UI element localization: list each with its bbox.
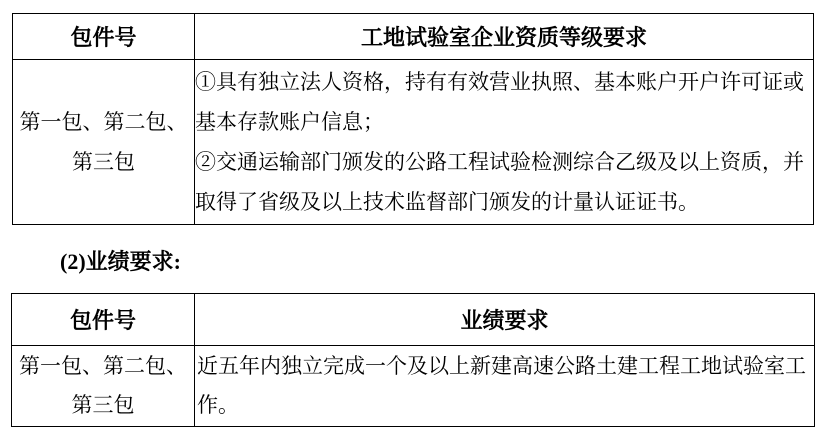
performance-table: 包件号 业绩要求 第一包、第二包、 第三包 近五年内独立完成一个及以上新建高速公…: [11, 293, 815, 427]
performance-table-data-row: 第一包、第二包、 第三包 近五年内独立完成一个及以上新建高速公路土建工程工地试验…: [12, 346, 815, 427]
performance-requirement-cell: 近五年内独立完成一个及以上新建高速公路土建工程工地试验室工 作。: [195, 346, 815, 427]
package-cell: 第一包、第二包、 第三包: [13, 60, 195, 225]
qualification-line-1: ①具有独立法人资格，持有有效营业执照、基本账户开户许可证或: [195, 62, 813, 102]
qualification-line-4: 取得了省级及以上技术监督部门颁发的计量认证证书。: [195, 182, 813, 222]
package-line-1: 第一包、第二包、: [12, 347, 194, 386]
package-cell: 第一包、第二包、 第三包: [12, 346, 195, 427]
qualification-line-3: ②交通运输部门颁发的公路工程试验检测综合乙级及以上资质，并: [195, 142, 813, 182]
qualification-requirement-cell: ①具有独立法人资格，持有有效营业执照、基本账户开户许可证或 基本存款账户信息； …: [195, 60, 814, 225]
package-line-2: 第三包: [13, 142, 194, 182]
qualification-table-header-requirement: 工地试验室企业资质等级要求: [195, 14, 814, 60]
package-line-2: 第三包: [12, 386, 194, 425]
section-label-performance-requirements: (2)业绩要求:: [60, 249, 181, 275]
qualification-table: 包件号 工地试验室企业资质等级要求 第一包、第二包、 第三包 ①具有独立法人资格…: [12, 13, 814, 225]
performance-line-1: 近五年内独立完成一个及以上新建高速公路土建工程工地试验室工: [197, 347, 812, 386]
qualification-table-header-package: 包件号: [13, 14, 195, 60]
performance-table-header-row: 包件号 业绩要求: [12, 294, 815, 346]
performance-table-header-requirement: 业绩要求: [195, 294, 815, 346]
qualification-table-data-row: 第一包、第二包、 第三包 ①具有独立法人资格，持有有效营业执照、基本账户开户许可…: [13, 60, 814, 225]
qualification-table-header-row: 包件号 工地试验室企业资质等级要求: [13, 14, 814, 60]
package-line-1: 第一包、第二包、: [13, 102, 194, 142]
performance-line-2: 作。: [197, 386, 812, 425]
performance-table-header-package: 包件号: [12, 294, 195, 346]
qualification-line-2: 基本存款账户信息；: [195, 102, 813, 142]
document-page: 包件号 工地试验室企业资质等级要求 第一包、第二包、 第三包 ①具有独立法人资格…: [0, 0, 825, 434]
